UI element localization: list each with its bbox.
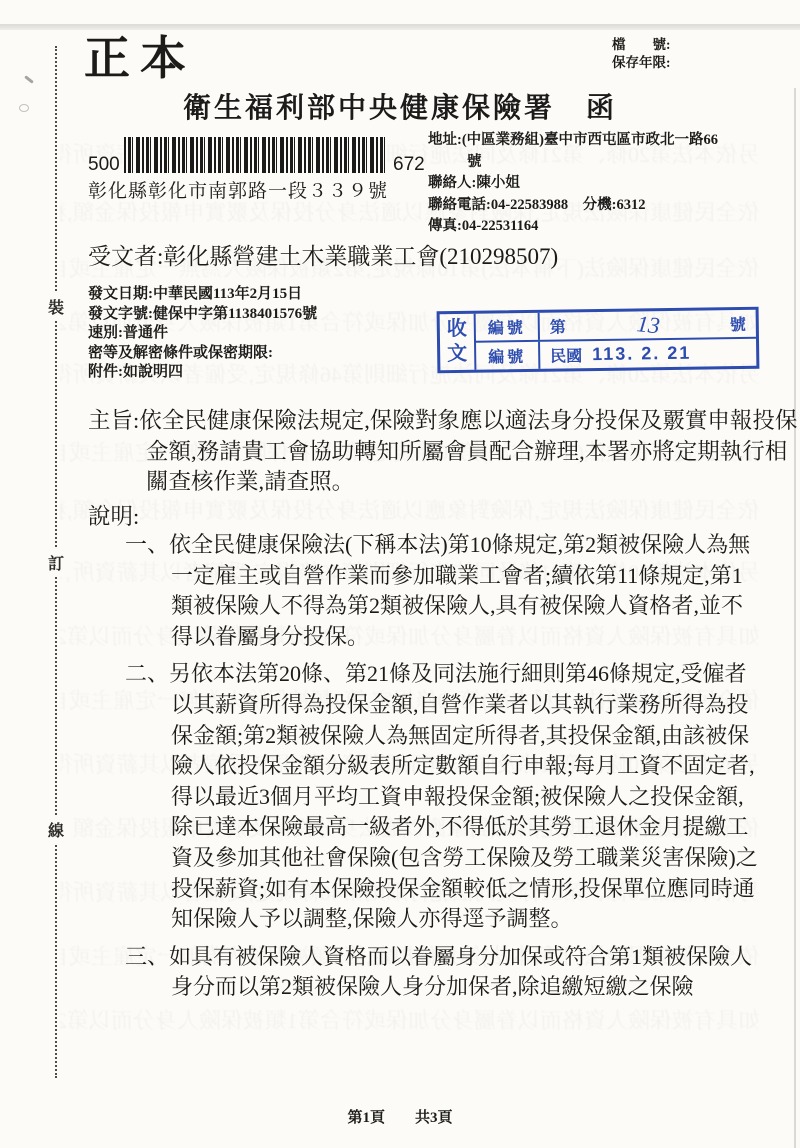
binding-mark-xian: 線 bbox=[41, 815, 71, 844]
scanned-letter-page: 另依本法第20條、第21條及同法施行細則第46條規定,受僱者以其薪資所得為投保金… bbox=[0, 0, 800, 1148]
contact-phone: 聯絡電話:04-22583988 分機:6312 bbox=[428, 195, 718, 217]
copy-type-label: 正本 bbox=[84, 22, 196, 88]
issue-date-line: 發文日期:中華民國113年2月15日 bbox=[88, 285, 317, 305]
item-marker: 二、 bbox=[125, 661, 169, 686]
speed-line: 速別:普通件 bbox=[88, 324, 317, 344]
doc-number-line: 發文字號:健保中字第1138401576號 bbox=[88, 305, 317, 325]
page-number-footer: 第1頁 共3頁 bbox=[0, 1106, 800, 1127]
stamp-number-suffix: 號 bbox=[730, 312, 746, 335]
bleedthrough-text: 依全民健康保險法規定,保險對象應以適法身分投保及覈實申報投保金額,務請貴工會協助… bbox=[60, 494, 760, 525]
description-items: 一、依全民健康保險法(下稱本法)第10條規定,第2類被保險人為無一定雇主或自營作… bbox=[125, 530, 758, 1010]
stamp-number-row: 編號 第 13 號 bbox=[476, 310, 756, 341]
contact-fax: 傳真:04-22531164 bbox=[428, 216, 718, 238]
item-marker: 三、 bbox=[125, 944, 169, 969]
stamp-number-prefix: 第 bbox=[550, 314, 566, 337]
stamp-date-row: 編號 民國 113. 2. 21 bbox=[476, 337, 756, 370]
subject-text: 依全民健康保險法規定,保險對象應以適法身分投保及覈實申報投保金額,務請貴工會協助… bbox=[139, 408, 797, 494]
document-meta-block: 發文日期:中華民國113年2月15日 發文字號:健保中字第1138401576號… bbox=[88, 285, 317, 383]
item-text: 依全民健康保險法(下稱本法)第10條規定,第2類被保險人為無一定雇主或自營作業而… bbox=[169, 532, 750, 649]
contact-address-line2: 號 bbox=[428, 152, 718, 174]
item-text: 如具有被保險人資格而以眷屬身分加保或符合第1類被保險人身分而以第2類被保險人身分… bbox=[169, 944, 752, 1000]
stamp-number-label: 編號 bbox=[476, 313, 540, 341]
description-label: 說明: bbox=[88, 499, 139, 531]
mail-barcode bbox=[124, 137, 387, 173]
binding-mark-ding: 訂 bbox=[41, 548, 71, 577]
received-stamp: 收 文 編號 第 13 號 編號 民國 113. 2. 21 bbox=[437, 307, 760, 373]
subject-label: 主旨: bbox=[88, 408, 139, 433]
stamp-date-label: 編號 bbox=[476, 342, 540, 370]
security-line: 密等及解密條件或保密期限: bbox=[88, 344, 317, 364]
scan-speck bbox=[24, 75, 34, 84]
document-title: 衛生福利部中央健康保險署 函 bbox=[0, 86, 800, 126]
mailing-address: 彰化縣彰化市南郭路一段３３９號 bbox=[88, 176, 388, 203]
postal-code-right: 672 bbox=[393, 154, 425, 176]
item-text: 另依本法第20條、第21條及同法施行細則第46條規定,受僱者以其薪資所得為投保金… bbox=[169, 661, 758, 931]
received-stamp-title: 收 文 bbox=[440, 314, 477, 370]
scan-page-edge bbox=[794, 88, 796, 1148]
attachment-line: 附件:如說明四 bbox=[88, 363, 317, 383]
contact-block: 地址:(中區業務組)臺中市西屯區市政北一路66 號 聯絡人:陳小姐 聯絡電話:0… bbox=[428, 130, 718, 238]
contact-address-line1: 地址:(中區業務組)臺中市西屯區市政北一路66 bbox=[428, 130, 718, 152]
recipient-line: 受文者:彰化縣營建土木業職業工會(210298507) bbox=[88, 238, 558, 271]
stamp-handwritten-number: 13 bbox=[635, 311, 661, 339]
contact-person: 聯絡人:陳小姐 bbox=[428, 173, 718, 195]
retention-period-label: 保存年限: bbox=[612, 54, 671, 72]
file-number-label: 檔 號: bbox=[612, 36, 671, 54]
binding-mark-zhuang: 裝 bbox=[41, 292, 71, 321]
stamp-date-prefix: 民國 bbox=[550, 343, 582, 366]
stamp-date-value: 113. 2. 21 bbox=[592, 343, 691, 365]
description-item-2: 二、另依本法第20條、第21條及同法施行細則第46條規定,受僱者以其薪資所得為投… bbox=[125, 659, 758, 934]
postal-code-left: 500 bbox=[88, 154, 120, 176]
file-number-block: 檔 號: 保存年限: bbox=[612, 36, 671, 71]
item-marker: 一、 bbox=[125, 532, 169, 557]
description-item-3: 三、如具有被保險人資格而以眷屬身分加保或符合第1類被保險人身分而以第2類被保險人… bbox=[125, 942, 758, 1003]
description-item-1: 一、依全民健康保險法(下稱本法)第10條規定,第2類被保險人為無一定雇主或自營作… bbox=[125, 530, 758, 652]
subject-paragraph: 主旨:依全民健康保險法規定,保險對象應以適法身分投保及覈實申報投保金額,務請貴工… bbox=[88, 406, 800, 498]
